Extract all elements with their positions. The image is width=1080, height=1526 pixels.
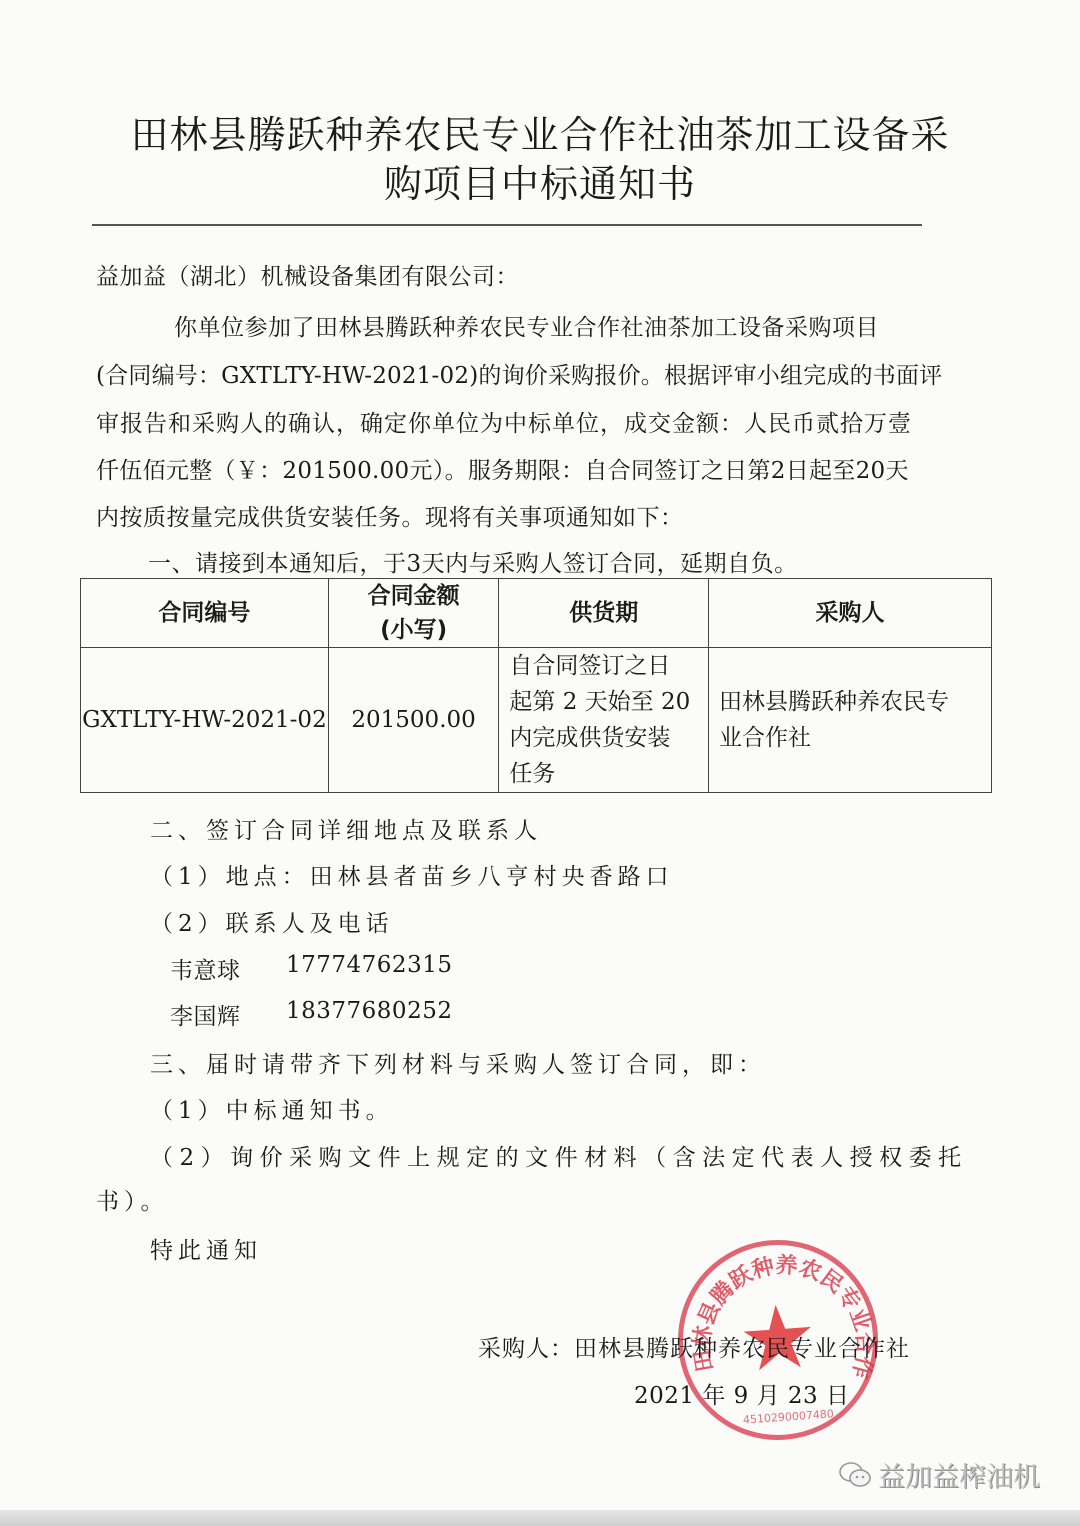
item-2: 二、签订合同详细地点及联系人 bbox=[150, 812, 542, 845]
delivery-line: 起第 2 天始至 20 bbox=[509, 684, 708, 720]
contact-phone: 18377680252 bbox=[286, 998, 452, 1024]
item-3-sub-2-line-1: （2）询价采购文件上规定的文件材料（含法定代表人授权委托 bbox=[150, 1139, 968, 1172]
body-line-5: 内按质按量完成供货安装任务。现将有关事项通知如下： bbox=[96, 499, 684, 532]
title-line-2: 购项目中标通知书 bbox=[0, 153, 1080, 208]
page-bottom-edge bbox=[0, 1510, 1080, 1526]
title-line-1: 田林县腾跃种养农民专业合作社油茶加工设备采 bbox=[0, 104, 1080, 159]
body-line-2: (合同编号：GXTLTY-HW-2021-02)的询价采购报价。根据评审小组完成… bbox=[96, 357, 942, 390]
header-amount: 合同金额 (小写) bbox=[328, 579, 499, 648]
contact-phone: 17774762315 bbox=[286, 952, 452, 978]
date: 2021 年 9 月 23 日 bbox=[634, 1377, 850, 1410]
purchaser-line: 业合作社 bbox=[719, 720, 991, 756]
item-3-sub-1: （1）中标通知书。 bbox=[150, 1092, 394, 1125]
cell-delivery: 自合同签订之日 起第 2 天始至 20 内完成供货安装 任务 bbox=[499, 648, 709, 793]
item-2-location: （1）地点：田林县者苗乡八亨村央香路口 bbox=[150, 858, 674, 891]
item-2-contacts-label: （2）联系人及电话 bbox=[150, 905, 394, 938]
header-contract-no: 合同编号 bbox=[81, 579, 329, 648]
cell-contract-no: GXTLTY-HW-2021-02 bbox=[81, 648, 329, 793]
table-header-row: 合同编号 合同金额 (小写) 供货期 采购人 bbox=[81, 579, 992, 648]
header-amount-line-2: (小写) bbox=[329, 613, 499, 647]
cell-purchaser: 田林县腾跃种养农民专 业合作社 bbox=[709, 648, 992, 793]
closing: 特此通知 bbox=[150, 1232, 262, 1265]
contract-table: 合同编号 合同金额 (小写) 供货期 采购人 GXTLTY-HW-2021-02… bbox=[80, 578, 992, 793]
delivery-line: 内完成供货安装 bbox=[509, 720, 708, 756]
title-divider bbox=[92, 224, 922, 226]
body-line-3: 审报告和采购人的确认，确定你单位为中标单位，成交金额：人民币贰拾万壹 bbox=[96, 405, 912, 438]
cell-amount: 201500.00 bbox=[328, 648, 499, 793]
svg-text:4510290007480: 4510290007480 bbox=[743, 1407, 835, 1426]
header-delivery: 供货期 bbox=[499, 579, 709, 648]
delivery-line: 自合同签订之日 bbox=[509, 648, 708, 684]
watermark-text: 益加益榨油机 bbox=[878, 1455, 1040, 1494]
body-line-1: 你单位参加了田林县腾跃种养农民专业合作社油茶加工设备采购项目 bbox=[174, 309, 879, 342]
signature: 采购人：田林县腾跃种养农民专业合作社 bbox=[478, 1330, 910, 1363]
contact-name: 韦意球 bbox=[170, 952, 241, 985]
header-purchaser: 采购人 bbox=[709, 579, 992, 648]
table-row: GXTLTY-HW-2021-02 201500.00 自合同签订之日 起第 2… bbox=[81, 648, 992, 793]
delivery-line: 任务 bbox=[509, 756, 708, 792]
addressee: 益加益（湖北）机械设备集团有限公司： bbox=[96, 258, 519, 291]
wechat-icon bbox=[838, 1460, 872, 1490]
purchaser-line: 田林县腾跃种养农民专 bbox=[719, 684, 991, 720]
body-line-4: 仟伍佰元整（￥：201500.00元）。服务期限：自合同签订之日第2日起至20天 bbox=[96, 452, 909, 485]
header-amount-line-1: 合同金额 bbox=[329, 579, 499, 613]
contact-name: 李国辉 bbox=[170, 998, 241, 1031]
watermark: 益加益榨油机 bbox=[838, 1455, 1040, 1494]
item-1: 一、请接到本通知后，于3天内与采购人签订合同，延期自负。 bbox=[148, 545, 798, 578]
item-3-sub-2-line-2: 书）。 bbox=[96, 1183, 169, 1216]
item-3: 三、届时请带齐下列材料与采购人签订合同，即： bbox=[150, 1046, 766, 1079]
